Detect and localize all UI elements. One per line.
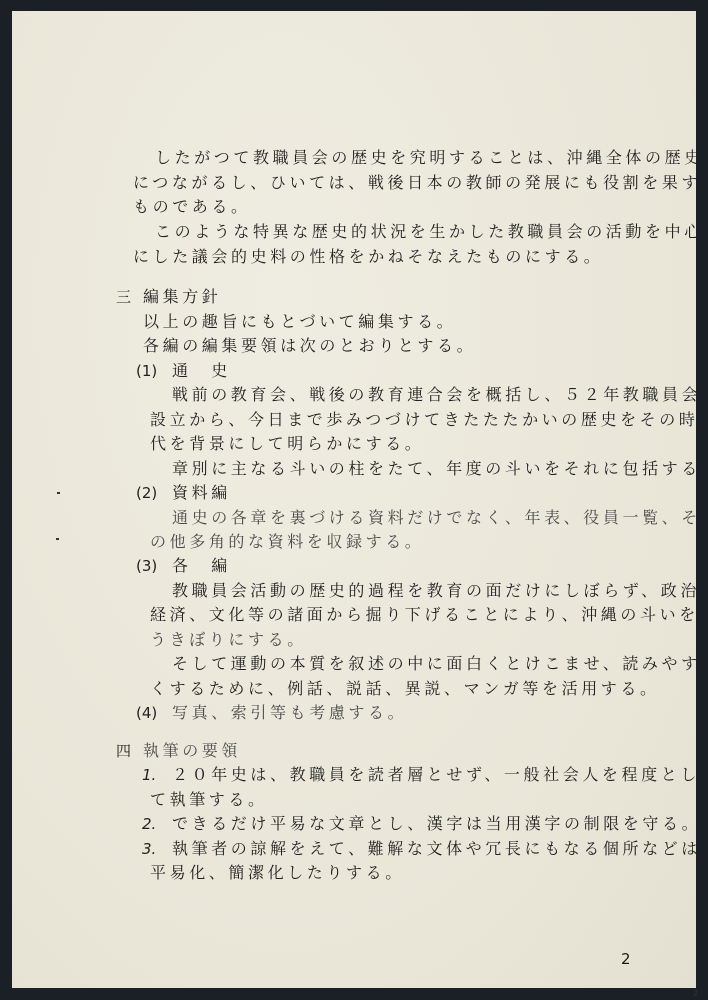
item-3-line-1: 教職員会活動の歴史的過程を教育の面だけにしぼらず、政治 [172, 581, 700, 601]
document-page: したがつて教職員会の歴史を究明することは、沖縄全体の歴史 につながるし、ひいては… [12, 11, 696, 988]
section-3-number: 三 [116, 287, 131, 307]
margin-mark [57, 492, 60, 494]
intro-p1-line-1: したがつて教職員会の歴史を究明することは、沖縄全体の歴史 [155, 148, 704, 168]
item-1-line-4: 章別に主なる斗いの柱をたて、年度の斗いをそれに包括する。 [172, 459, 708, 479]
item-2-line-1: 通史の各章を裏づける資料だけでなく、年表、役員一覧、そ [172, 508, 701, 528]
item-4-title: 写真、索引等も考慮する。 [172, 703, 407, 723]
section-4-number: 四 [116, 741, 131, 761]
intro-p2-line-2: にした議会的史料の性格をかねそなえたものにする。 [133, 247, 603, 267]
section-3-line-2: 各編の編集要領は次のとおりとする。 [143, 336, 476, 356]
item-1-line-3: 代を背景にして明らかにする。 [150, 434, 424, 454]
page-number: 2 [621, 950, 631, 968]
section-4-item-2-line-1: できるだけ平易な文章とし、漢字は当用漢字の制限を守る。 [172, 814, 701, 834]
item-1-line-2: 設立から、今日まで歩みつづけてきたたたかいの歴史をその時 [150, 410, 698, 430]
section-3-line-1: 以上の趣旨にもとづいて編集する。 [143, 312, 456, 332]
item-3-number: (3) [136, 556, 157, 576]
corner-mark: 2 [693, 989, 698, 998]
item-1-number: (1) [136, 361, 157, 381]
item-2-line-2: の他多角的な資料を収録する。 [150, 532, 424, 552]
section-3-title: 編集方針 [143, 287, 221, 307]
section-4-item-1-line-1: ２０年史は、教職員を読者層とせず、一般社会人を程度とし [172, 765, 700, 785]
item-1-line-1: 戦前の教育会、戦後の教育連合会を概括し、５２年教職員会 [172, 385, 701, 405]
section-4-item-2-number: 2. [142, 814, 156, 834]
section-4-title: 執筆の要領 [143, 741, 241, 761]
section-4-item-3-number: 3. [142, 839, 156, 859]
intro-p1-line-2: につながるし、ひいては、戦後日本の教師の発展にも役割を果す [133, 173, 701, 193]
item-2-title: 資料編 [172, 483, 231, 503]
intro-p2-line-1: このような特異な歴史的状況を生かした教職員会の活動を中心 [155, 222, 704, 242]
item-3-line-5: くするために、例話、説話、異説、マンガ等を活用する。 [150, 679, 660, 699]
intro-p1-line-3: ものである。 [133, 197, 251, 217]
item-3-line-2: 経済、文化等の諸面から掘り下げることにより、沖縄の斗いを [150, 605, 699, 625]
item-4-number: (4) [136, 703, 157, 723]
section-4-item-1-number: 1. [142, 765, 156, 785]
margin-mark [56, 538, 59, 540]
item-3-line-3: うきぼりにする。 [150, 630, 307, 650]
item-1-title: 通 史 [172, 361, 231, 381]
item-2-number: (2) [136, 483, 157, 503]
section-4-item-3-line-1: 執筆者の諒解をえて、難解な文体や冗長にもなる個所などは [172, 839, 701, 859]
item-3-title: 各 編 [172, 556, 231, 576]
item-3-line-4: そして運動の本質を叙述の中に面白くとけこませ、読みやす [172, 654, 701, 674]
section-4-item-3-line-2: 平易化、簡潔化したりする。 [150, 863, 405, 883]
section-4-item-1-line-2: て執筆する。 [150, 790, 268, 810]
